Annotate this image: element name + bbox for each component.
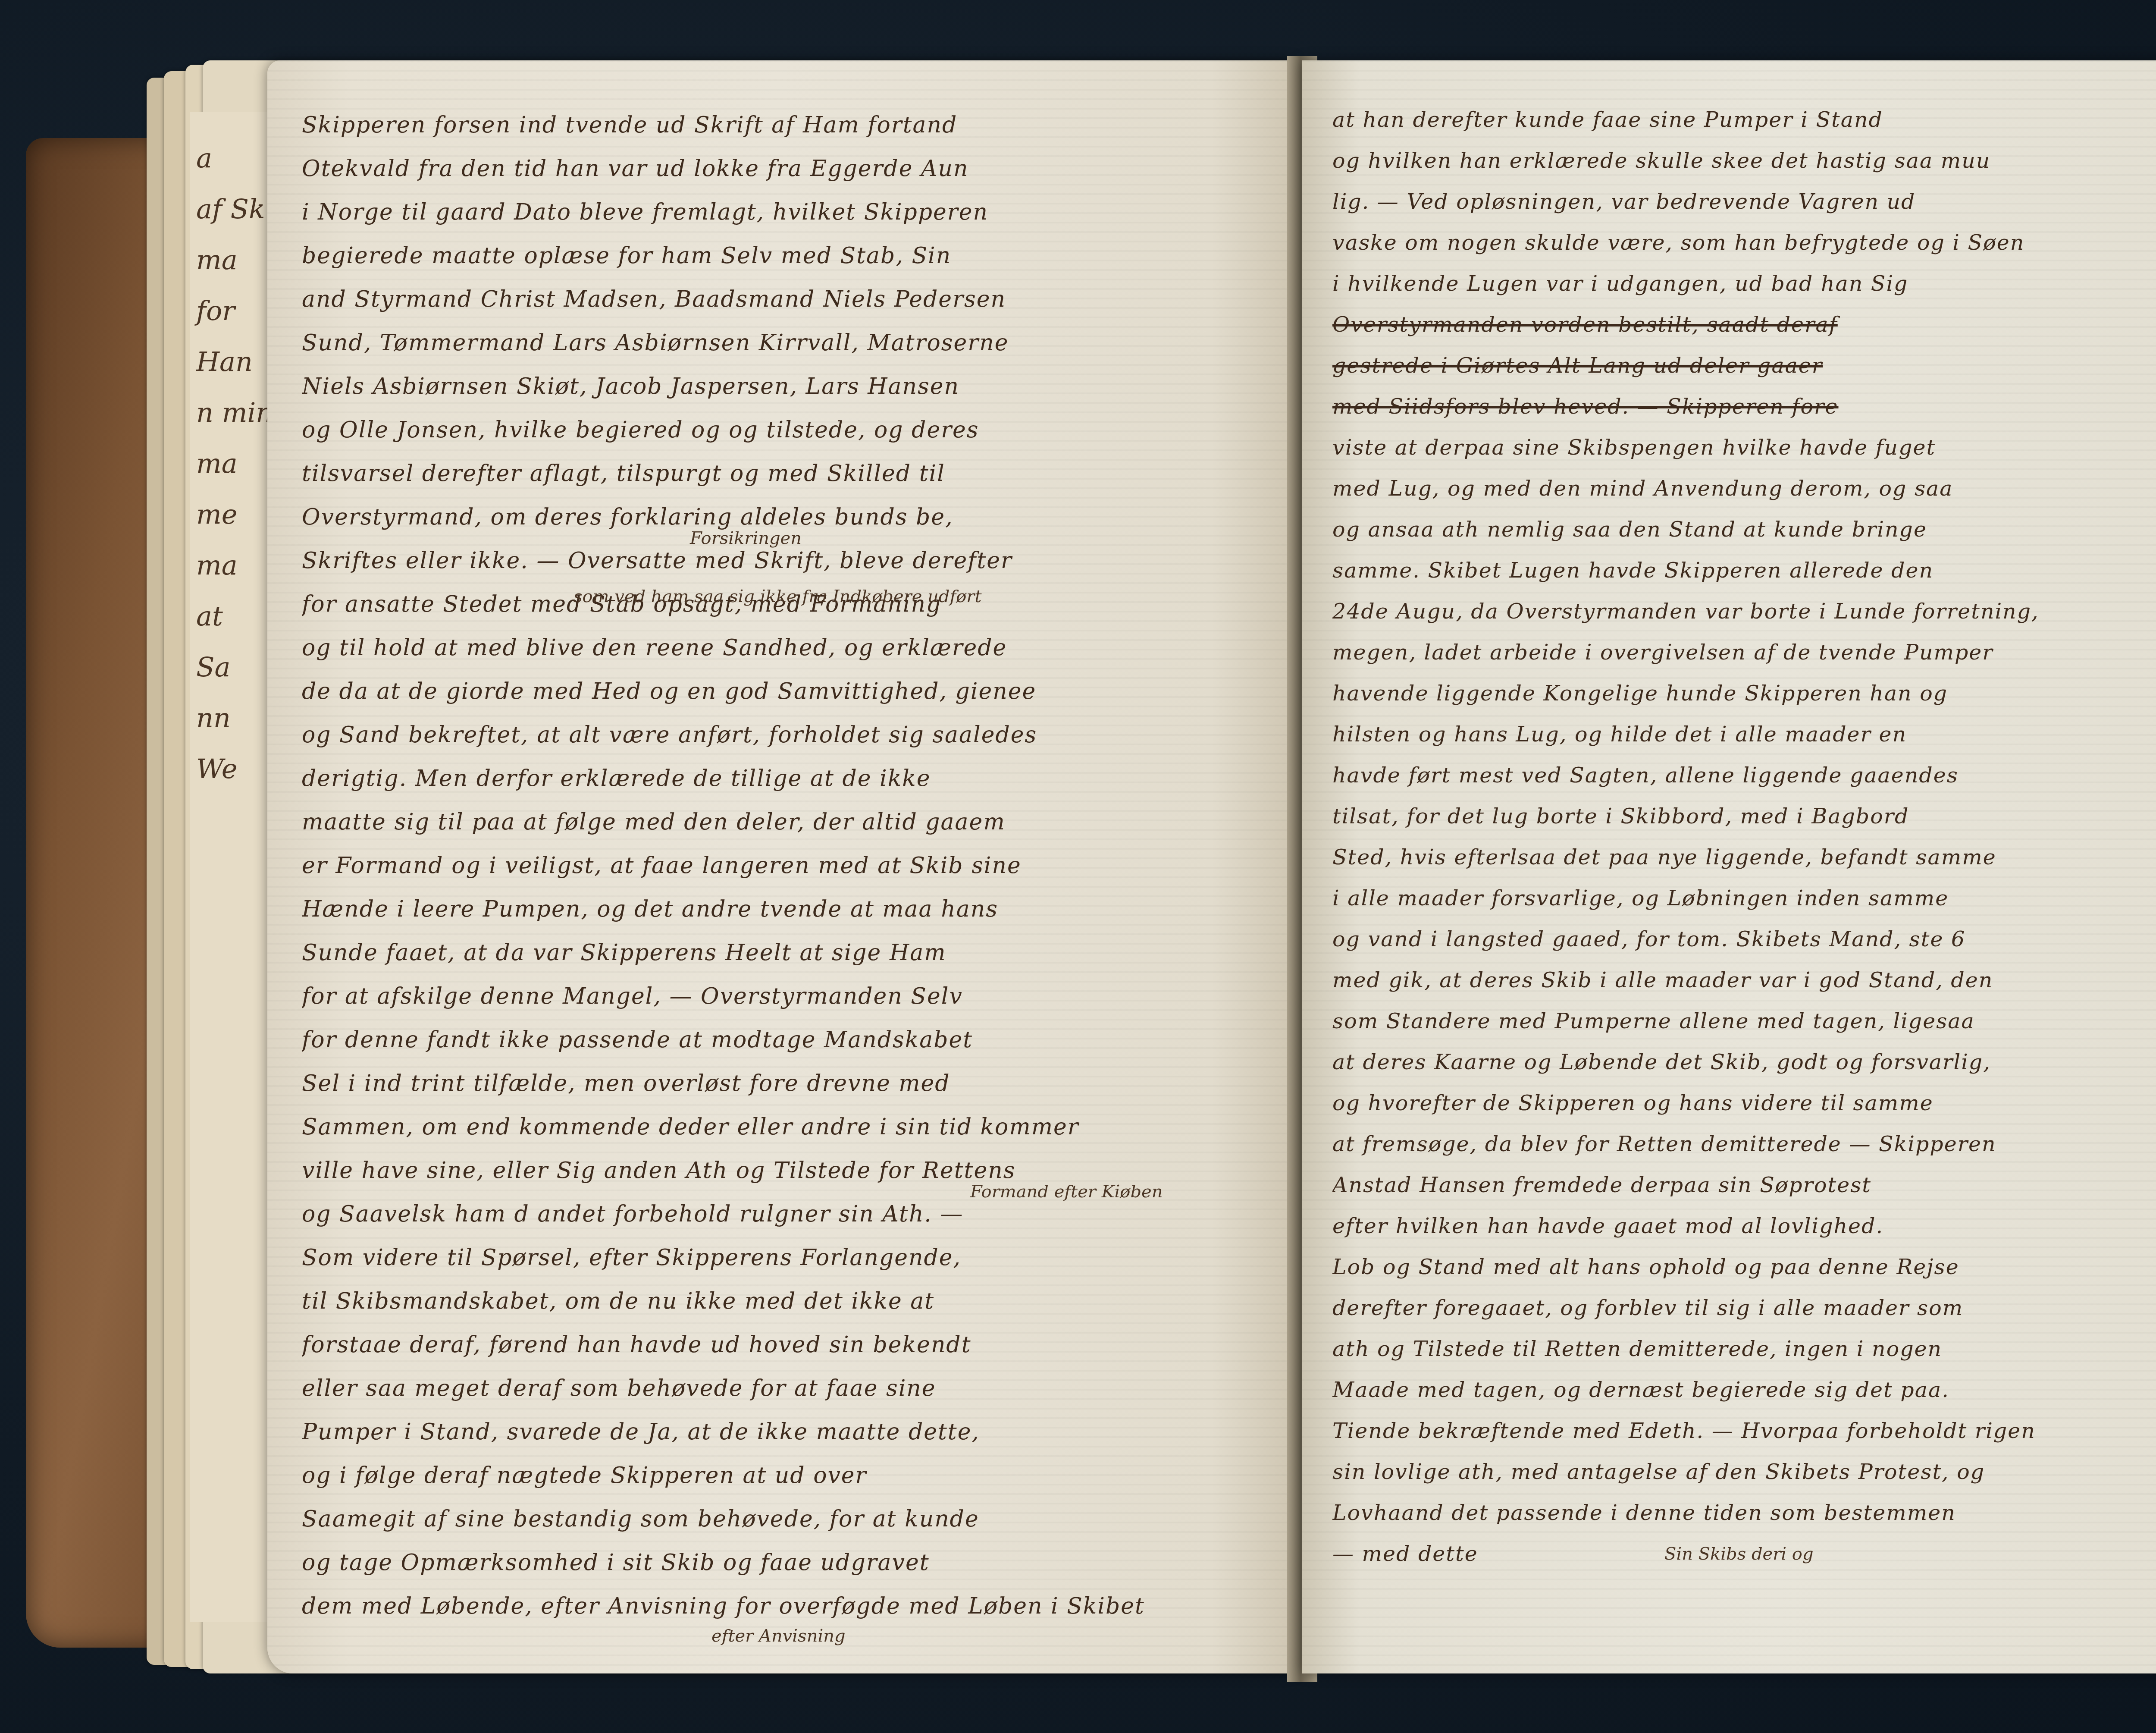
interlinear-note: Sin Skibs deri og (1664, 1544, 1814, 1564)
manuscript-line: Tiende bekræftende med Edeth. — Hvorpaa … (1332, 1410, 2156, 1451)
manuscript-line: Otekvald fra den tid han var ud lokke fr… (302, 147, 1250, 191)
manuscript-line: tilsvarsel derefter aflagt, tilspurgt og… (302, 452, 1250, 496)
manuscript-line: og Sand bekreftet, at alt være anført, f… (302, 713, 1250, 757)
manuscript-line: at fremsøge, da blev for Retten demitter… (1332, 1124, 2156, 1165)
manuscript-line: havende liggende Kongelige hunde Skipper… (1332, 673, 2156, 714)
right-page-text: at han derefter kunde faae sine Pumper i… (1332, 99, 2156, 1574)
manuscript-line: og hvorefter de Skipperen og hans videre… (1332, 1083, 2156, 1124)
manuscript-line: i alle maader forsvarlige, og Løbningen … (1332, 878, 2156, 919)
manuscript-line: tilsat, for det lug borte i Skibbord, me… (1332, 796, 2156, 837)
manuscript-line: for at afskilge denne Mangel, — Overstyr… (302, 975, 1250, 1018)
margin-fragment: nn (196, 702, 231, 734)
manuscript-line: med gik, at deres Skib i alle maader var… (1332, 960, 2156, 1001)
manuscript-line: som Standere med Pumperne allene med tag… (1332, 1001, 2156, 1042)
margin-fragment: Sa (196, 651, 230, 683)
interlinear-note: Formand efter Kiøben (970, 1182, 1163, 1202)
manuscript-line: derigtig. Men derfor erklærede de tillig… (302, 757, 1250, 801)
manuscript-line: Sund, Tømmermand Lars Asbiørnsen Kirrval… (302, 321, 1250, 365)
manuscript-line: maatte sig til paa at følge med den dele… (302, 801, 1250, 844)
manuscript-line: Anstad Hansen fremdede derpaa sin Søprot… (1332, 1165, 2156, 1206)
manuscript-line: derefter foregaaet, og forblev til sig i… (1332, 1287, 2156, 1328)
manuscript-line: Pumper i Stand, svarede de Ja, at de ikk… (302, 1410, 1250, 1454)
manuscript-line: eller saa meget deraf som behøvede for a… (302, 1367, 1250, 1410)
margin-fragment: ma (196, 448, 238, 479)
manuscript-line: forstaae deraf, førend han havde ud hove… (302, 1323, 1250, 1367)
manuscript-line: 24de Augu, da Overstyrmanden var borte i… (1332, 591, 2156, 632)
manuscript-line: ath og Tilstede til Retten demitterede, … (1332, 1328, 2156, 1369)
manuscript-line: at deres Kaarne og Løbende det Skib, god… (1332, 1042, 2156, 1083)
manuscript-line: megen, ladet arbeide i overgivelsen af d… (1332, 632, 2156, 673)
manuscript-line: i hvilkende Lugen var i udgangen, ud bad… (1332, 263, 2156, 304)
margin-fragment: for (196, 295, 235, 327)
manuscript-line: med Siidsfors blev heved. — Skipperen fo… (1332, 386, 2156, 427)
manuscript-line: med Lug, og med den mind Anvendung derom… (1332, 468, 2156, 509)
manuscript-line: efter hvilken han havde gaaet mod al lov… (1332, 1206, 2156, 1246)
manuscript-line: Overstyrmanden vorden bestilt, saadt der… (1332, 304, 2156, 345)
margin-fragment: We (196, 753, 237, 785)
manuscript-line: og hvilken han erklærede skulle skee det… (1332, 140, 2156, 181)
manuscript-line: Maade med tagen, og dernæst begierede si… (1332, 1369, 2156, 1410)
manuscript-line: de da at de giorde med Hed og en god Sam… (302, 670, 1250, 713)
manuscript-line: havde ført mest ved Sagten, allene ligge… (1332, 755, 2156, 796)
margin-fragment: Han (196, 346, 253, 377)
manuscript-line: og vand i langsted gaaed, for tom. Skibe… (1332, 919, 2156, 960)
interlinear-note: efter Anvisning (711, 1626, 846, 1646)
manuscript-line: Skipperen forsen ind tvende ud Skrift af… (302, 104, 1250, 147)
interlinear-note: som ved ham saa sig ikke fra Indkøbere u… (573, 587, 982, 606)
manuscript-line: Niels Asbiørnsen Skiøt, Jacob Jaspersen,… (302, 365, 1250, 408)
manuscript-line: Sunde faaet, at da var Skipperens Heelt … (302, 931, 1250, 975)
manuscript-line: hilsten og hans Lug, og hilde det i alle… (1332, 714, 2156, 755)
manuscript-line: dem med Løbende, efter Anvisning for ove… (302, 1585, 1250, 1628)
manuscript-line: for denne fandt ikke passende at modtage… (302, 1018, 1250, 1062)
manuscript-line: Sted, hvis efterlsaa det paa nye liggend… (1332, 837, 2156, 878)
margin-fragment: n min (196, 397, 273, 428)
manuscript-line: Saamegit af sine bestandig som behøvede,… (302, 1498, 1250, 1541)
margin-fragment: ma (196, 549, 238, 581)
manuscript-line: er Formand og i veiligst, at faae langer… (302, 844, 1250, 888)
margin-fragment: me (196, 499, 237, 530)
manuscript-line: gestrede i Giørtes Alt Lang ud deler gaa… (1332, 345, 2156, 386)
margin-fragment: at (196, 600, 223, 632)
manuscript-line: og Olle Jonsen, hvilke begiered og og ti… (302, 408, 1250, 452)
manuscript-line: Sel i ind trint tilfælde, men overløst f… (302, 1062, 1250, 1105)
manuscript-line: sin lovlige ath, med antagelse af den Sk… (1332, 1451, 2156, 1492)
manuscript-line: at han derefter kunde faae sine Pumper i… (1332, 99, 2156, 140)
manuscript-line: Sammen, om end kommende deder eller andr… (302, 1105, 1250, 1149)
manuscript-line: og i følge deraf nægtede Skipperen at ud… (302, 1454, 1250, 1498)
manuscript-line: samme. Skibet Lugen havde Skipperen alle… (1332, 550, 2156, 591)
manuscript-line: og ansaa ath nemlig saa den Stand at kun… (1332, 509, 2156, 550)
manuscript-line: Lob og Stand med alt hans ophold og paa … (1332, 1246, 2156, 1287)
manuscript-line: i Norge til gaard Dato bleve fremlagt, h… (302, 191, 1250, 234)
manuscript-line: and Styrmand Christ Madsen, Baadsmand Ni… (302, 278, 1250, 321)
margin-fragment: a (196, 142, 212, 174)
manuscript-line: Lovhaand det passende i denne tiden som … (1332, 1492, 2156, 1533)
left-page-text: Skipperen forsen ind tvende ud Skrift af… (302, 104, 1250, 1628)
margin-fragment: ma (196, 244, 238, 276)
manuscript-line: vaske om nogen skulde være, som han befr… (1332, 222, 2156, 263)
margin-fragment: af Sk (196, 193, 265, 225)
manuscript-line: Som videre til Spørsel, efter Skipperens… (302, 1236, 1250, 1280)
manuscript-line: og til hold at med blive den reene Sandh… (302, 626, 1250, 670)
manuscript-line: lig. — Ved opløsningen, var bedrevende V… (1332, 181, 2156, 222)
interlinear-note: Forsikringen (690, 528, 802, 548)
manuscript-line: viste at derpaa sine Skibspengen hvilke … (1332, 427, 2156, 468)
manuscript-line: og tage Opmærksomhed i sit Skib og faae … (302, 1541, 1250, 1585)
manuscript-line: til Skibsmandskabet, om de nu ikke med d… (302, 1280, 1250, 1323)
manuscript-line: Hænde i leere Pumpen, og det andre tvend… (302, 888, 1250, 931)
manuscript-line: begierede maatte oplæse for ham Selv med… (302, 234, 1250, 278)
